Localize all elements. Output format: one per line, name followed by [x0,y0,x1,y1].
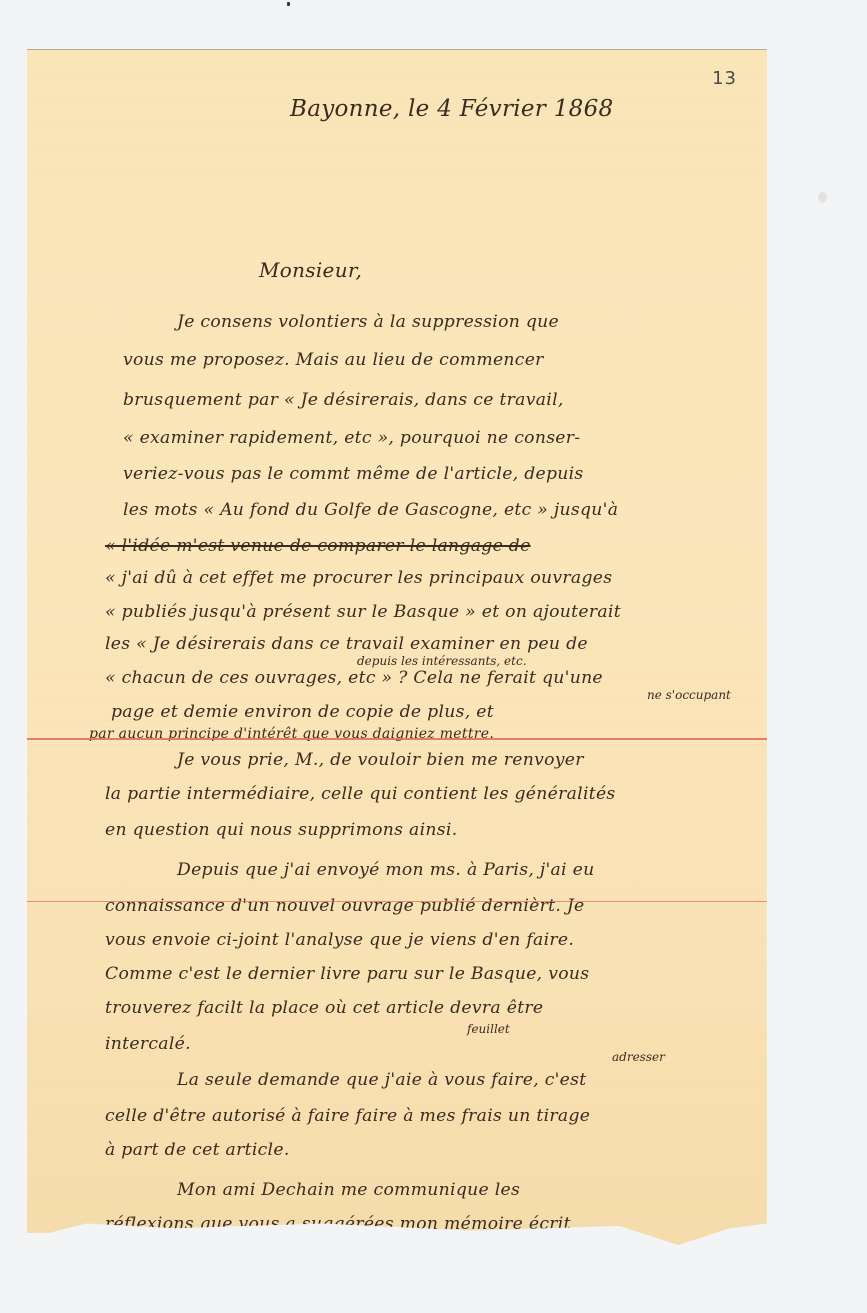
letter-line: « examiner rapidement, etc », pourquoi n… [123,428,580,448]
letter-line: celle d'être autorisé à faire faire à me… [105,1106,590,1126]
letter-line: au point de vue de l'imprimeur. Je ne pu… [105,1248,537,1268]
interlinear-insertion: depuis les intéressants, etc. [357,654,527,668]
letter-line: veriez-vous pas le commt même de l'artic… [123,464,584,484]
speck-mark [818,192,827,203]
letter-line: la partie intermédiaire, celle qui conti… [105,784,616,804]
letter-line: les mots « Au fond du Golfe de Gascogne,… [123,500,618,520]
letter-line: intercalé. [105,1034,191,1054]
letter-line-struck: « l'idée m'est venue de comparer le lang… [105,536,531,556]
letter-line: « j'ai dû à cet effet me procurer les pr… [105,568,612,588]
interlinear-insertion: adresser [612,1050,665,1064]
salutation: Monsieur, [259,258,362,282]
letter-line: Je consens volontiers à la suppression q… [177,312,559,332]
letter-line: « publiés jusqu'à présent sur le Basque … [105,602,621,622]
letter-line: vous me proposez. Mais au lieu de commen… [123,350,544,370]
letter-page: 13 Bayonne, le 4 Février 1868 Monsieur, … [27,49,767,1245]
page-number: 13 [712,68,737,89]
place-date: Bayonne, le 4 Février 1868 [290,96,613,122]
red-rule-line [27,738,767,740]
letter-line: Je vous prie, M., de vouloir bien me ren… [177,750,584,770]
letter-line: page et demie environ de copie de plus, … [111,702,494,722]
letter-line: vous envoie ci-joint l'analyse que je vi… [105,930,574,950]
letter-line: reconnaître la justesse mais je dois ajo… [105,1282,570,1302]
letter-line: Mon ami Dechain me communique les [177,1180,520,1200]
interlinear-insertion: feuillet [467,1022,510,1036]
letter-line: La seule demande que j'aie à vous faire,… [177,1070,586,1090]
letter-line: Depuis que j'ai envoyé mon ms. à Paris, … [177,860,594,880]
letter-line: les « Je désirerais dans ce travail exam… [105,634,588,654]
letter-line: trouverez facilt la place où cet article… [105,998,543,1018]
scan-background: 13 Bayonne, le 4 Février 1868 Monsieur, … [0,0,867,1313]
letter-line: brusquement par « Je désirerais, dans ce… [123,390,564,410]
interlinear-insertion: imprimerie [332,1236,400,1250]
speck-mark [287,2,290,6]
letter-line: en question qui nous supprimons ainsi. [105,820,457,840]
letter-line: réflexions que vous a suggérées mon mémo… [105,1214,571,1234]
letter-line: « chacun de ces ouvrages, etc » ? Cela n… [105,668,603,688]
red-rule-line [27,901,767,902]
letter-line: Comme c'est le dernier livre paru sur le… [105,964,589,984]
letter-line: à part de cet article. [105,1140,290,1160]
interlinear-insertion: ne s'occupant [647,688,731,702]
letter-line: connaissance d'un nouvel ouvrage publié … [105,896,585,916]
